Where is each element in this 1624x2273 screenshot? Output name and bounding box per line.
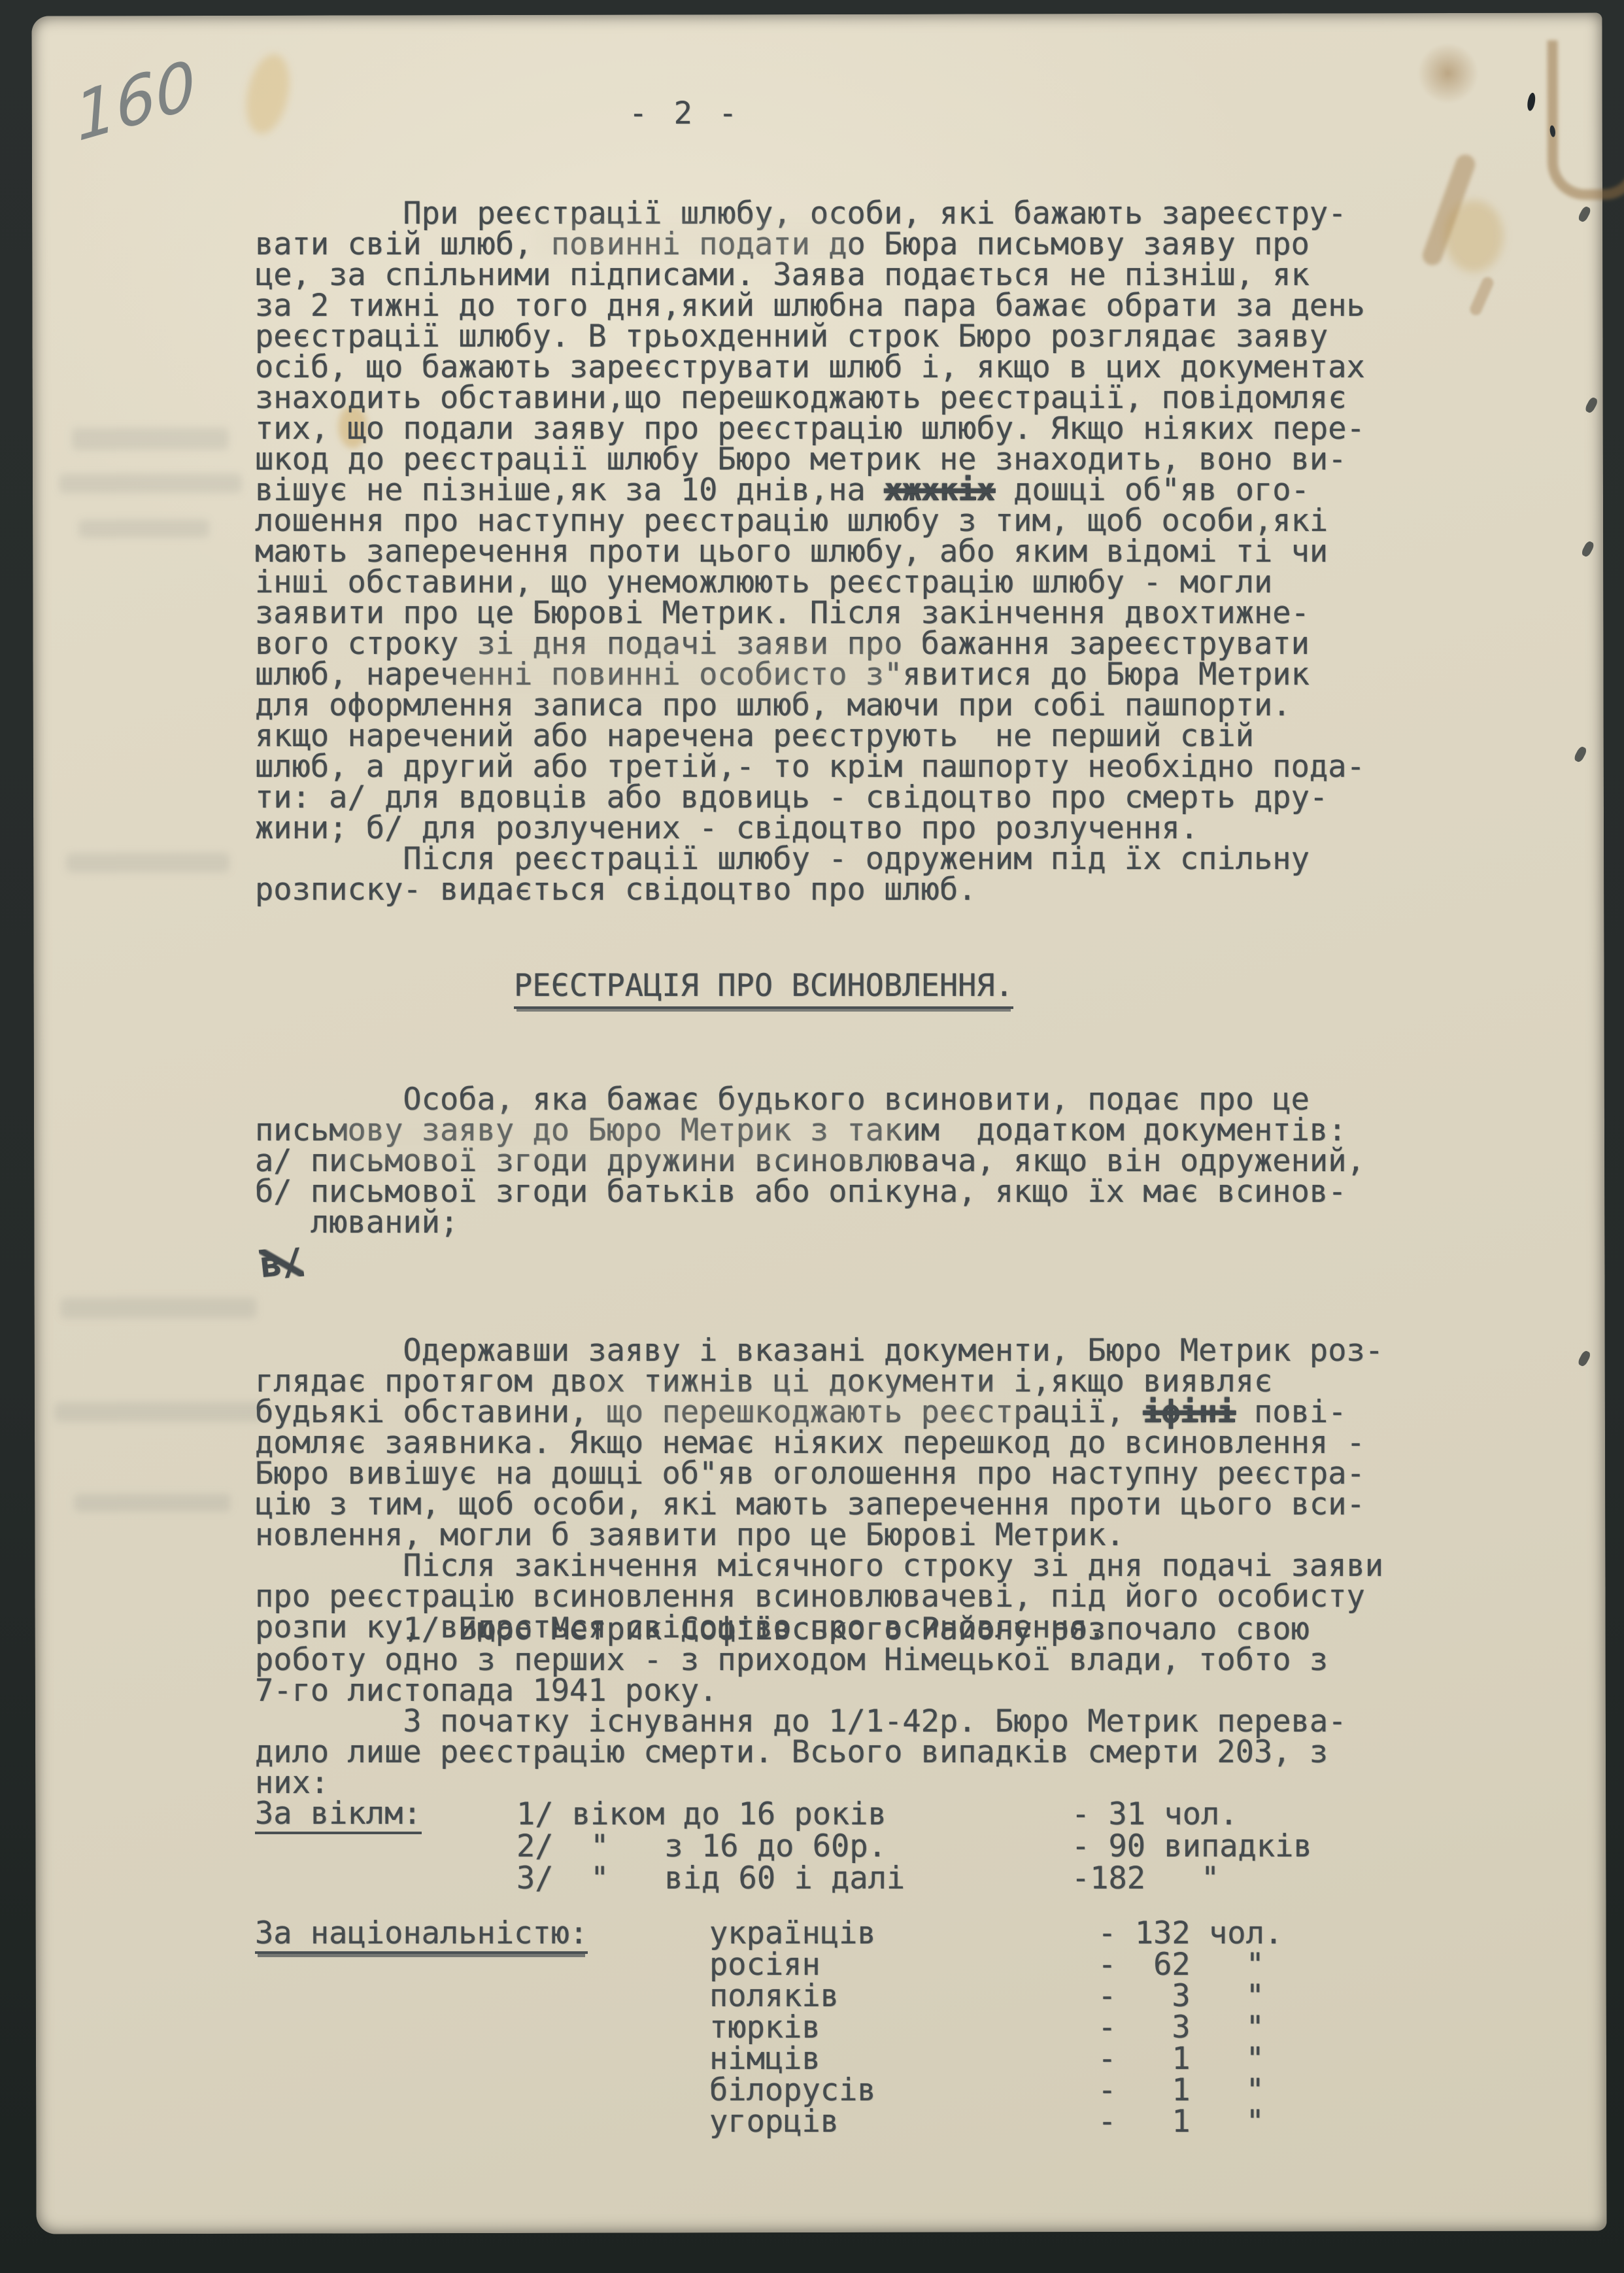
bureau-history-paragraph: 1/ Бюро Метрик Софіївського Району розпо… [255,1614,1347,1798]
adoption-text-part2: пові- домляє заявника. Якщо немає ніяких… [255,1394,1383,1645]
nationality-stats-label: За національністю: [255,1918,588,1954]
brown-u-shaped-stain [1548,40,1624,199]
marriage-text-part1: При реєстрації шлюбу, особи, які бажають… [255,196,1365,508]
bleedthrough-smudge [59,473,242,494]
bleedthrough-smudge [78,519,209,538]
margin-mark [1573,745,1588,763]
page-number: - 2 - [629,98,741,129]
diagonal-brown-streak [1420,152,1478,268]
small-brown-streak [1468,275,1496,317]
crossed-out-list-item: в/ [259,1246,305,1281]
margin-mark [1580,540,1595,558]
marriage-registration-paragraph: При реєстрації шлюбу, особи, які бажають… [255,198,1365,905]
adoption-section-heading: РЕЄСТРАЦІЯ ПРО ВСИНОВЛЕННЯ. [514,970,1013,1009]
bleedthrough-smudge [74,1494,231,1512]
age-stats-label: За віклм: [255,1798,422,1834]
adoption-paragraph-1: Особа, яка бажає будького всиновити, под… [255,1084,1365,1238]
round-brown-stain [1417,43,1480,103]
bleedthrough-smudge [61,1297,257,1319]
marriage-text-part2: дошці об"яв ого- лошення про наступну ре… [255,472,1365,908]
yellow-stain-top-left [240,50,296,138]
ink-speck-small [1549,125,1556,137]
bleedthrough-smudge [66,853,229,873]
ink-speck [1526,92,1536,111]
bleedthrough-smudge [72,428,229,451]
margin-mark [1584,396,1599,414]
scanned-document-screenshot: { "page": { "handwritten_number": "160",… [0,0,1624,2273]
bleedthrough-smudge [54,1402,263,1422]
margin-mark [1577,205,1592,223]
adoption-paragraph-2: Одержавши заяву і вказані документи, Бюр… [255,1335,1383,1643]
margin-mark [1577,1350,1592,1367]
yellow-speck-cluster [1444,200,1503,272]
age-stats-lines: 1/ віком до 16 років - 31 чол. 2/ " з 16… [516,1798,1312,1894]
nationality-stats-lines: українців - 132 чол. росіян - 62 " поляк… [709,1918,1283,2138]
